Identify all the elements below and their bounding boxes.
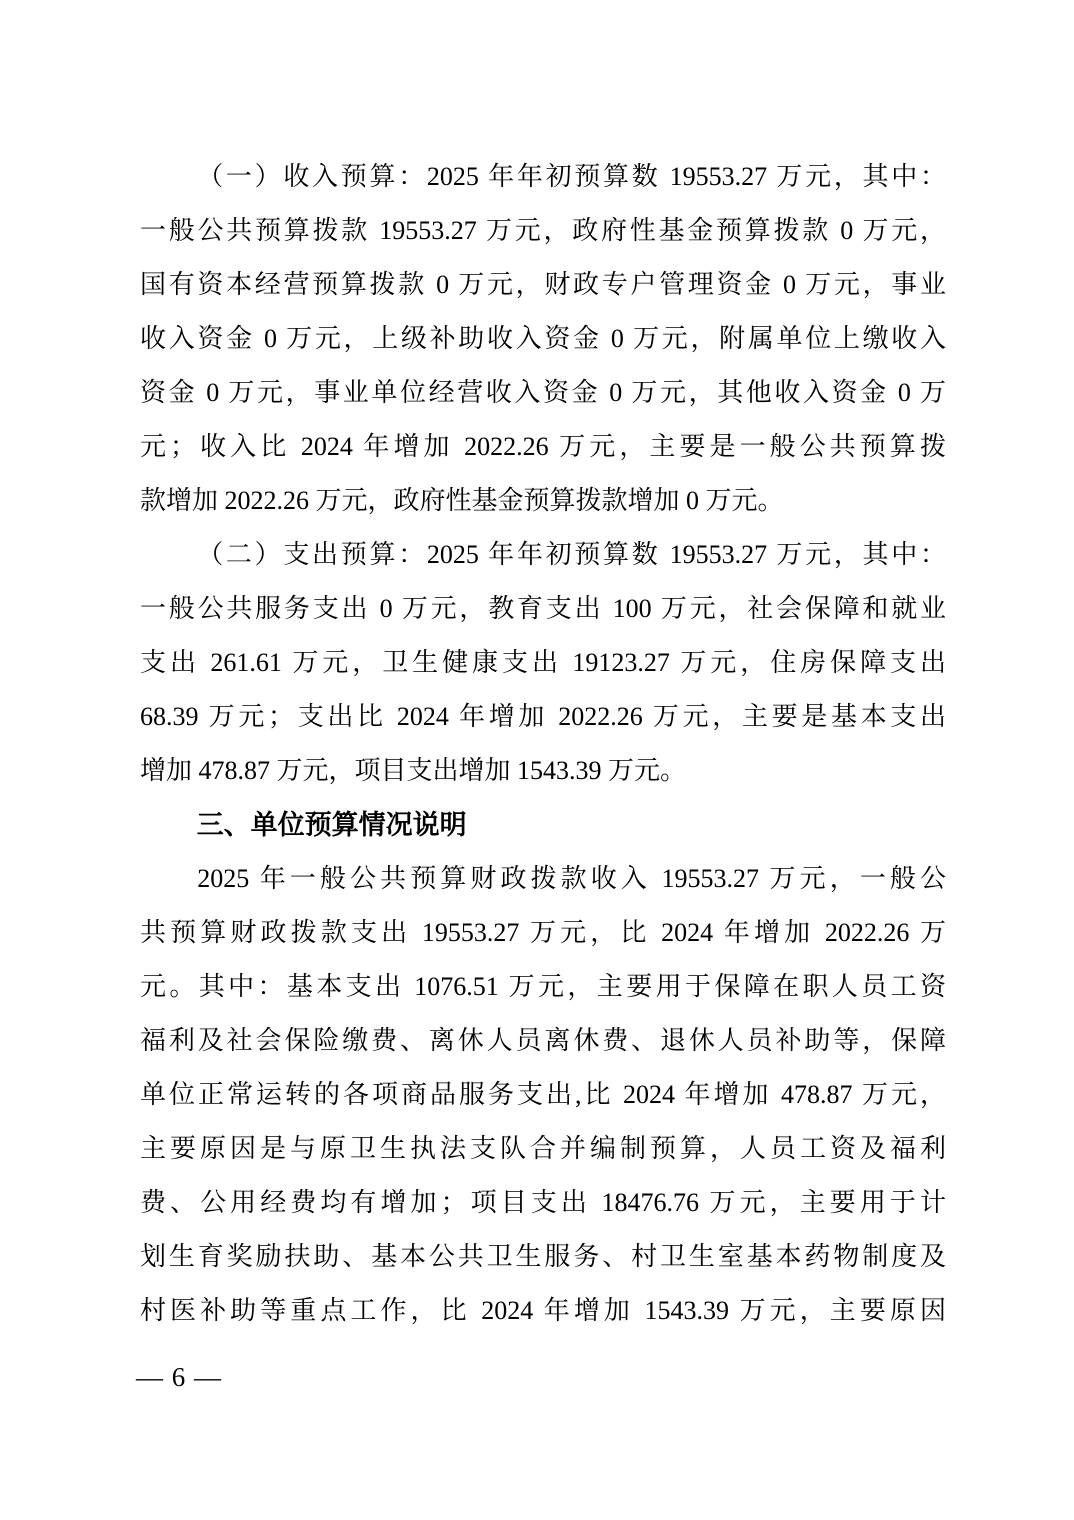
text-line: 2025 年一般公共预算财政拨款收入 19553.27 万元，一般公 [140,852,946,906]
text-line: 收入资金 0 万元，上级补助收入资金 0 万元，附属单位上缴收入 [140,312,946,366]
text-line: 元。其中：基本支出 1076.51 万元，主要用于保障在职人员工资 [140,960,946,1014]
text-line: 增加 478.87 万元，项目支出增加 1543.39 万元。 [140,744,946,798]
paragraph-unit-budget-explanation: 2025 年一般公共预算财政拨款收入 19553.27 万元，一般公共预算财政拨… [140,852,946,1338]
text-line: 福利及社会保险缴费、离休人员离休费、退休人员补助等，保障 [140,1014,946,1068]
text-line: 一般公共预算拨款 19553.27 万元，政府性基金预算拨款 0 万元， [140,204,946,258]
section-heading-unit-budget: 三、单位预算情况说明 [140,798,946,852]
text-line: 元；收入比 2024 年增加 2022.26 万元，主要是一般公共预算拨 [140,420,946,474]
text-line: 国有资本经营预算拨款 0 万元，财政专户管理资金 0 万元，事业 [140,258,946,312]
text-line: 资金 0 万元，事业单位经营收入资金 0 万元，其他收入资金 0 万 [140,366,946,420]
text-line: 村医补助等重点工作，比 2024 年增加 1543.39 万元，主要原因 [140,1284,946,1338]
text-line: 费、公用经费均有增加；项目支出 18476.76 万元，主要用于计 [140,1176,946,1230]
page-footer: — 6 — [136,1350,222,1404]
text-line: （一）收入预算：2025 年年初预算数 19553.27 万元，其中： [140,150,946,204]
document-page: （一）收入预算：2025 年年初预算数 19553.27 万元，其中：一般公共预… [0,0,1074,1520]
paragraph-expenditure-budget: （二）支出预算：2025 年年初预算数 19553.27 万元，其中：一般公共服… [140,528,946,798]
text-line: 共预算财政拨款支出 19553.27 万元，比 2024 年增加 2022.26… [140,906,946,960]
text-line: 一般公共服务支出 0 万元，教育支出 100 万元，社会保障和就业 [140,582,946,636]
text-line: 款增加 2022.26 万元，政府性基金预算拨款增加 0 万元。 [140,474,946,528]
text-line: 68.39 万元；支出比 2024 年增加 2022.26 万元，主要是基本支出 [140,690,946,744]
text-line: 支出 261.61 万元，卫生健康支出 19123.27 万元，住房保障支出 [140,636,946,690]
text-line: 划生育奖励扶助、基本公共卫生服务、村卫生室基本药物制度及 [140,1230,946,1284]
text-line: 单位正常运转的各项商品服务支出,比 2024 年增加 478.87 万元， [140,1068,946,1122]
text-line: （二）支出预算：2025 年年初预算数 19553.27 万元，其中： [140,528,946,582]
paragraph-income-budget: （一）收入预算：2025 年年初预算数 19553.27 万元，其中：一般公共预… [140,150,946,528]
document-body: （一）收入预算：2025 年年初预算数 19553.27 万元，其中：一般公共预… [140,150,946,1338]
page-number: — 6 — [136,1362,222,1392]
text-line: 主要原因是与原卫生执法支队合并编制预算，人员工资及福利 [140,1122,946,1176]
